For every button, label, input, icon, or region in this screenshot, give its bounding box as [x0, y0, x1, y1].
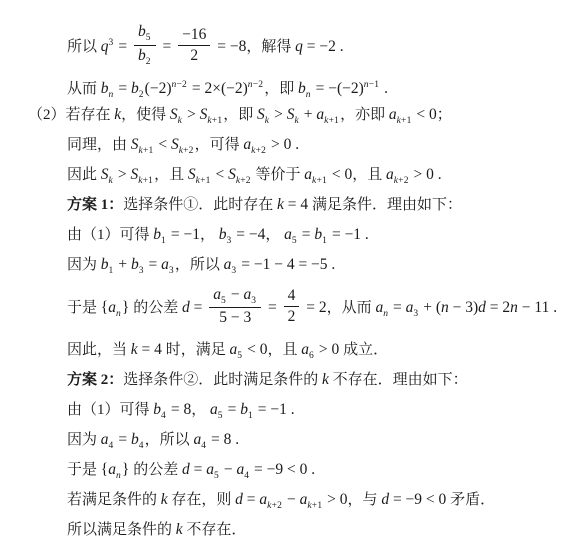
subscript: k [294, 116, 298, 126]
subscript: k+2 [251, 146, 266, 156]
text: ，即 [223, 107, 257, 123]
subscript: n [306, 90, 311, 100]
math-var: k [131, 341, 138, 358]
math-var: a [213, 286, 221, 303]
math-op: = 2 [302, 299, 326, 316]
subscript: 1 [109, 266, 114, 276]
math-var: d [478, 299, 486, 316]
math-op: = −(−2) [312, 80, 364, 97]
math-var: b [101, 256, 109, 273]
solution-line: （2）若存在 k，使得 Sk > Sk+1，即 Sk > Sk + ak+1，亦… [0, 100, 575, 130]
math-var: b [153, 401, 161, 418]
subscript: 5 [214, 471, 219, 481]
math-var: S [131, 136, 139, 153]
text: 于是 [67, 300, 101, 316]
solution-line: 所以满足条件的 k 不存在． [0, 515, 575, 545]
math-op: > 0 [323, 491, 347, 508]
superscript: n−2 [172, 80, 187, 90]
math-var: S [188, 166, 196, 183]
math-op: = [190, 461, 207, 478]
numerator: a5 − a3 [209, 286, 261, 309]
math-var: b [138, 47, 146, 64]
subscript: 1 [161, 236, 166, 246]
math-var: b [131, 256, 139, 273]
math-op: + [114, 256, 131, 273]
math-var: a [284, 226, 292, 243]
text: 因为 [67, 257, 101, 273]
fraction: −162 [178, 26, 210, 65]
text: 存在，则 [168, 492, 236, 508]
subscript: 5 [292, 236, 297, 246]
math-var: a [259, 491, 267, 508]
math-op: = [145, 256, 162, 273]
solution-line: 因此 Sk > Sk+1，且 Sk+1 < Sk+2 等价于 ak+1 < 0，… [0, 160, 575, 190]
math-op: = −9 < 0 [389, 491, 450, 508]
text: 等价于 [252, 167, 305, 183]
subscript: 3 [169, 266, 174, 276]
math-op: } [122, 299, 133, 316]
math-var: a [108, 461, 116, 478]
subscript: k+1 [138, 176, 153, 186]
subscript: k+2 [236, 176, 251, 186]
math-op: > [183, 106, 200, 123]
solution-line: 因此，当 k = 4 时，满足 a5 < 0，且 a6 > 0 成立． [0, 335, 575, 365]
text: 由（1）可得 [67, 402, 153, 418]
denominator: b2 [134, 46, 156, 68]
math-op: > 0 . [410, 166, 442, 183]
subscript: k+1 [324, 116, 339, 126]
math-op: = 4 [138, 341, 166, 358]
math-var: b [131, 80, 139, 97]
math-op: < 0 [413, 106, 437, 123]
numerator: 4 [284, 287, 300, 307]
math-op: = 2 [486, 299, 510, 316]
math-op: = 2×(−2) [188, 80, 248, 97]
solution-line: 从而 bn = b2(−2)n−2 = 2×(−2)n−2，即 bn = −(−… [0, 70, 575, 100]
text: ，可得 [195, 137, 244, 153]
math-op: − [227, 286, 244, 303]
text: 不存在．理由如下： [329, 372, 468, 388]
math-op: 2 [190, 47, 198, 64]
text: 于是 [67, 462, 101, 478]
math-var: k [277, 196, 284, 213]
math-op: 5 − 3 [219, 309, 251, 326]
text: 所以 [67, 39, 101, 55]
math-op: = [264, 299, 281, 316]
text: ， [191, 402, 210, 418]
subscript: 5 [218, 411, 223, 421]
math-var: a [108, 299, 116, 316]
text: 不存在． [183, 522, 247, 538]
solution-text: 所以 q3 = b5b2 = −162 = −8，解得 q = −2 .从而 b… [0, 21, 575, 545]
math-op: = −8 [213, 38, 246, 55]
text: 矛盾． [450, 492, 495, 508]
math-var: S [170, 106, 178, 123]
math-var: a [304, 166, 312, 183]
text: ； [437, 107, 452, 123]
math-op: = 8 . [207, 431, 239, 448]
text: 若满足条件的 [67, 492, 161, 508]
math-var: a [161, 256, 169, 273]
math-op: = −4 [232, 226, 265, 243]
subscript: k+2 [394, 176, 409, 186]
math-var: a [386, 166, 394, 183]
math-var: b [101, 80, 109, 97]
math-var: S [171, 136, 179, 153]
math-var: a [101, 431, 109, 448]
math-op: < 0 [328, 166, 352, 183]
subscript: 2 [146, 57, 151, 67]
math-var: a [301, 341, 309, 358]
fraction: b5b2 [134, 23, 156, 67]
subscript: 4 [161, 411, 166, 421]
math-var: S [257, 106, 265, 123]
math-op: > [114, 166, 131, 183]
text: ， [265, 227, 284, 243]
subscript: k+2 [179, 146, 194, 156]
math-op: − [220, 461, 237, 478]
subscript: n [116, 471, 121, 481]
numerator: −16 [178, 26, 210, 46]
text: ，解得 [246, 39, 295, 55]
math-var: q [295, 38, 303, 55]
solution-line: 同理，由 Sk+1 < Sk+2，可得 ak+2 > 0 . [0, 130, 575, 160]
subscript: 3 [413, 309, 418, 319]
text: ，即 [264, 81, 298, 97]
math-var: k [161, 491, 168, 508]
text: ，与 [348, 492, 382, 508]
math-op: > 0 [315, 341, 343, 358]
math-op: . [380, 80, 388, 97]
superscript: 3 [109, 38, 114, 48]
text: ，从而 [327, 300, 376, 316]
math-var: b [298, 80, 306, 97]
fraction: 42 [284, 287, 300, 326]
text: 选择条件①．此时存在 [123, 197, 277, 213]
numerator: b5 [134, 23, 156, 46]
subscript: 1 [322, 236, 327, 246]
subscript: 4 [139, 441, 144, 451]
bold-text: 方案 1： [67, 197, 123, 213]
math-var: b [240, 401, 248, 418]
subscript: 3 [139, 266, 144, 276]
math-var: d [235, 491, 243, 508]
subscript: 3 [231, 266, 236, 276]
text: ， [200, 227, 219, 243]
math-op: = [159, 38, 176, 55]
text: 选择条件②．此时满足条件的 [123, 372, 322, 388]
subscript: k+1 [139, 146, 154, 156]
math-op: = −9 < 0 . [250, 461, 315, 478]
math-var: a [389, 106, 397, 123]
solution-line: 所以 q3 = b5b2 = −162 = −8，解得 q = −2 . [0, 21, 575, 65]
math-op: = [243, 491, 260, 508]
math-var: d [182, 299, 190, 316]
math-op: > [270, 106, 287, 123]
subscript: k+1 [207, 116, 222, 126]
math-var: n [510, 299, 518, 316]
text: 满足条件．理由如下： [312, 197, 462, 213]
subscript: k [265, 116, 269, 126]
math-op: > 0 . [267, 136, 299, 153]
subscript: 5 [221, 296, 226, 306]
math-op: = [190, 299, 207, 316]
text: ，且 [268, 342, 302, 358]
math-op: −16 [182, 26, 206, 43]
solution-line: 于是 {an} 的公差 d = a5 − a35 − 3 = 42 = 2，从而… [0, 286, 575, 330]
subscript: 5 [146, 33, 151, 43]
text: 因此，当 [67, 342, 131, 358]
subscript: 3 [226, 236, 231, 246]
math-var: S [101, 166, 109, 183]
math-op: + ( [419, 299, 441, 316]
math-op: = [114, 431, 131, 448]
math-var: n [441, 299, 449, 316]
text: ，且 [352, 167, 386, 183]
subscript: 4 [244, 471, 249, 481]
math-op: < [154, 136, 171, 153]
subscript: k+2 [267, 501, 282, 511]
math-op: − [283, 491, 300, 508]
subscript: k [109, 176, 113, 186]
solution-line: 方案 2：选择条件②．此时满足条件的 k 不存在．理由如下： [0, 365, 575, 395]
subscript: 3 [251, 296, 256, 306]
subscript: k+1 [307, 501, 322, 511]
math-var: k [322, 371, 329, 388]
math-var: b [314, 226, 322, 243]
math-op: = [224, 401, 241, 418]
math-op: = [114, 80, 131, 97]
superscript: n−2 [248, 80, 263, 90]
math-op: } [122, 461, 133, 478]
math-op: 2 [288, 308, 296, 325]
math-op: = −1 . [254, 401, 295, 418]
text: （2）若存在 [28, 107, 114, 123]
subscript: 1 [248, 411, 253, 421]
math-op: = [389, 299, 406, 316]
text: 由（1）可得 [67, 227, 153, 243]
math-var: d [182, 461, 190, 478]
math-op: − 3) [449, 299, 478, 316]
solution-line: 因为 a4 = b4，所以 a4 = 8 . [0, 425, 575, 455]
math-op: = −1 . [328, 226, 369, 243]
text: ，所以 [145, 432, 194, 448]
math-op: = −1 [167, 226, 200, 243]
math-var: b [138, 23, 146, 40]
subscript: 5 [237, 351, 242, 361]
text: 从而 [67, 81, 101, 97]
solution-line: 于是 {an} 的公差 d = a5 − a4 = −9 < 0 . [0, 455, 575, 485]
subscript: 2 [139, 90, 144, 100]
denominator: 2 [186, 46, 202, 65]
math-op: = [298, 226, 315, 243]
denominator: 2 [284, 307, 300, 326]
solution-line: 由（1）可得 b1 = −1， b3 = −4， a5 = b1 = −1 . [0, 220, 575, 250]
text: ，亦即 [340, 107, 389, 123]
math-op: (−2) [145, 80, 172, 97]
solution-line: 因为 b1 + b3 = a3，所以 a3 = −1 − 4 = −5 . [0, 250, 575, 280]
text: ，使得 [121, 107, 170, 123]
math-op: < [212, 166, 229, 183]
math-var: b [153, 226, 161, 243]
solution-line: 若满足条件的 k 存在，则 d = ak+2 − ak+1 > 0，与 d = … [0, 485, 575, 515]
bold-text: 方案 2： [67, 372, 123, 388]
math-op: 4 [288, 287, 296, 304]
subscript: k+1 [196, 176, 211, 186]
text: 因此 [67, 167, 101, 183]
math-op: = 8 [167, 401, 191, 418]
solution-line: 由（1）可得 b4 = 8， a5 = b1 = −1 . [0, 395, 575, 425]
subscript: k [178, 116, 182, 126]
text: ，且 [154, 167, 188, 183]
math-op: < 0 [243, 341, 267, 358]
text: ，所以 [175, 257, 224, 273]
text: 同理，由 [67, 137, 131, 153]
superscript: n−1 [364, 80, 379, 90]
text: 成立． [343, 342, 388, 358]
math-var: a [243, 136, 251, 153]
math-var: S [228, 166, 236, 183]
denominator: 5 − 3 [215, 308, 255, 327]
subscript: 4 [109, 441, 114, 451]
math-var: a [316, 106, 324, 123]
math-op: + [300, 106, 317, 123]
math-var: a [243, 286, 251, 303]
subscript: 6 [309, 351, 314, 361]
text: 的公差 [133, 462, 182, 478]
document-page: 所以 q3 = b5b2 = −162 = −8，解得 q = −2 .从而 b… [0, 0, 575, 551]
fraction: a5 − a35 − 3 [209, 286, 261, 327]
text: 的公差 [133, 300, 182, 316]
text: 因为 [67, 432, 101, 448]
subscript: n [116, 309, 121, 319]
math-op: = 4 [284, 196, 312, 213]
math-var: q [101, 38, 109, 55]
subscript: k+1 [397, 116, 412, 126]
math-op: − 11 . [518, 299, 557, 316]
math-var: b [131, 431, 139, 448]
math-op: = −1 − 4 = −5 . [237, 256, 335, 273]
math-var: k [176, 521, 183, 538]
subscript: n [109, 90, 114, 100]
subscript: 4 [201, 441, 206, 451]
math-var: a [206, 461, 214, 478]
subscript: n [383, 309, 388, 319]
math-op: = −2 . [303, 38, 344, 55]
math-var: a [210, 401, 218, 418]
text: 所以满足条件的 [67, 522, 176, 538]
math-op: = [114, 38, 131, 55]
subscript: k+1 [312, 176, 327, 186]
text: 时，满足 [166, 342, 230, 358]
solution-line: 方案 1：选择条件①．此时存在 k = 4 满足条件．理由如下： [0, 190, 575, 220]
math-var: d [381, 491, 389, 508]
